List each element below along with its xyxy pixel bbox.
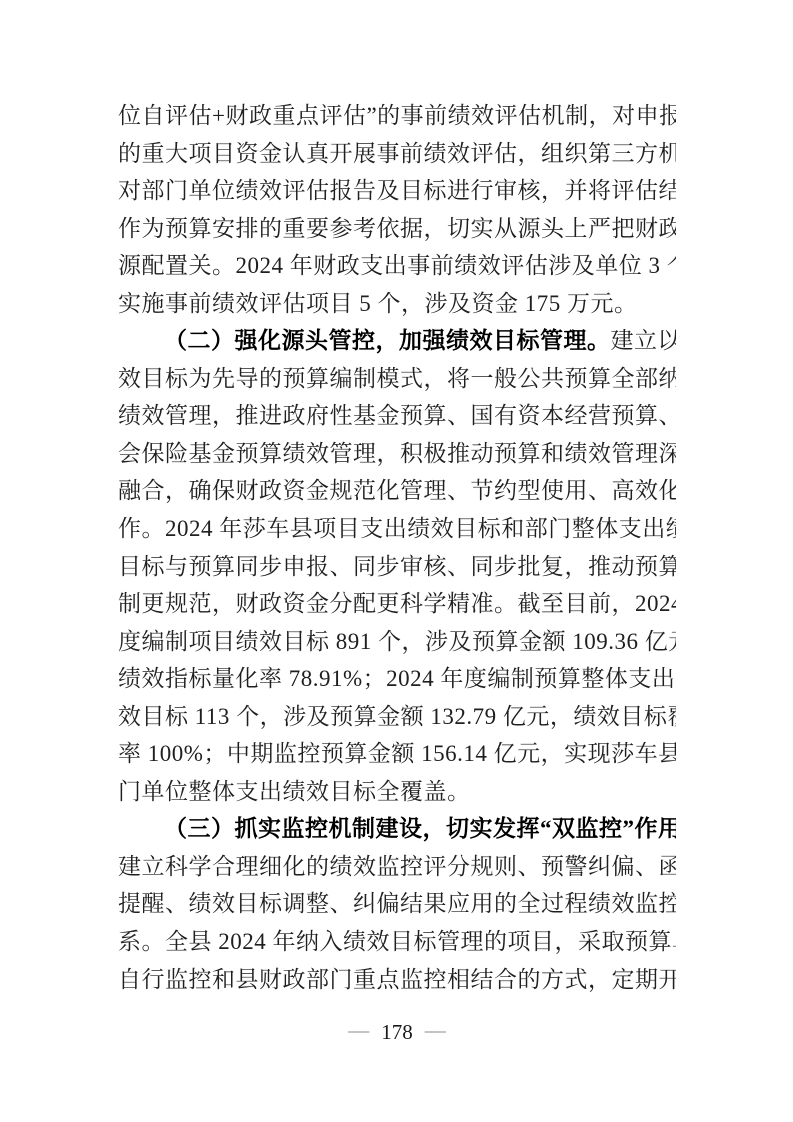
text-line: 源配置关。2024 年财政支出事前绩效评估涉及单位 3 个，	[118, 247, 676, 285]
text-line: 绩效管理，推进政府性基金预算、国有资本经营预算、社	[118, 397, 676, 435]
text-line: 率 100%；中期监控预算金额 156.14 亿元，实现莎车县部	[118, 735, 676, 773]
text-line: 度编制项目绩效目标 891 个，涉及预算金额 109.36 亿元，	[118, 623, 676, 661]
paragraph: （三）抓实监控机制建设，切实发挥“双监控”作用。 建立科学合理细化的绩效监控评分…	[118, 810, 676, 998]
text-block: 位自评估+财政重点评估”的事前绩效评估机制，对申报 的重大项目资金认真开展事前绩…	[118, 97, 676, 998]
footer-dash-left: —	[348, 1018, 369, 1042]
text-line: 作为预算安排的重要参考依据，切实从源头上严把财政资	[118, 210, 676, 248]
section-heading: （二）强化源头管控，加强绩效目标管理。	[164, 328, 611, 353]
text-line: 会保险基金预算绩效管理，积极推动预算和绩效管理深度	[118, 435, 676, 473]
text-line: 目标与预算同步申报、同步审核、同步批复，推动预算编	[118, 548, 676, 586]
text-line: 作。2024 年莎车县项目支出绩效目标和部门整体支出绩效	[118, 510, 676, 548]
text-line: 门单位整体支出绩效目标全覆盖。	[118, 773, 676, 811]
text-line: （三）抓实监控机制建设，切实发挥“双监控”作用。	[118, 810, 676, 848]
text-line: 提醒、绩效目标调整、纠偏结果应用的全过程绩效监控体	[118, 885, 676, 923]
text-line: 制更规范，财政资金分配更科学精准。截至目前，2024 年	[118, 585, 676, 623]
text-line: 位自评估+财政重点评估”的事前绩效评估机制，对申报	[118, 97, 676, 135]
text-line: 效目标 113 个，涉及预算金额 132.79 亿元，绩效目标覆盖	[118, 698, 676, 736]
text-line: 效目标为先导的预算编制模式，将一般公共预算全部纳入	[118, 360, 676, 398]
page-footer: —178—	[118, 1020, 676, 1045]
text-line: 建立科学合理细化的绩效监控评分规则、预警纠偏、函告	[118, 848, 676, 886]
page-number: 178	[381, 1020, 413, 1044]
text-line: 自行监控和县财政部门重点监控相结合的方式，定期开展	[118, 961, 676, 999]
text-line: 实施事前绩效评估项目 5 个，涉及资金 175 万元。	[118, 285, 676, 323]
paragraph: 位自评估+财政重点评估”的事前绩效评估机制，对申报 的重大项目资金认真开展事前绩…	[118, 97, 676, 322]
paragraph: （二）强化源头管控，加强绩效目标管理。建立以绩 效目标为先导的预算编制模式，将一…	[118, 322, 676, 810]
footer-dash-right: —	[425, 1018, 446, 1042]
text-line: 对部门单位绩效评估报告及目标进行审核，并将评估结果	[118, 172, 676, 210]
document-page: 位自评估+财政重点评估”的事前绩效评估机制，对申报 的重大项目资金认真开展事前绩…	[0, 0, 793, 1122]
text-line: 系。全县 2024 年纳入绩效目标管理的项目，采取预算单位	[118, 923, 676, 961]
text-line: 绩效指标量化率 78.91%；2024 年度编制预算整体支出绩	[118, 660, 676, 698]
text-line: 的重大项目资金认真开展事前绩效评估，组织第三方机构	[118, 135, 676, 173]
section-heading: （三）抓实监控机制建设，切实发挥“双监控”作用。	[164, 816, 676, 841]
text-line: 融合，确保财政资金规范化管理、节约型使用、高效化运	[118, 472, 676, 510]
text-line: （二）强化源头管控，加强绩效目标管理。建立以绩	[118, 322, 676, 360]
text-run: 建立以绩	[611, 328, 677, 353]
